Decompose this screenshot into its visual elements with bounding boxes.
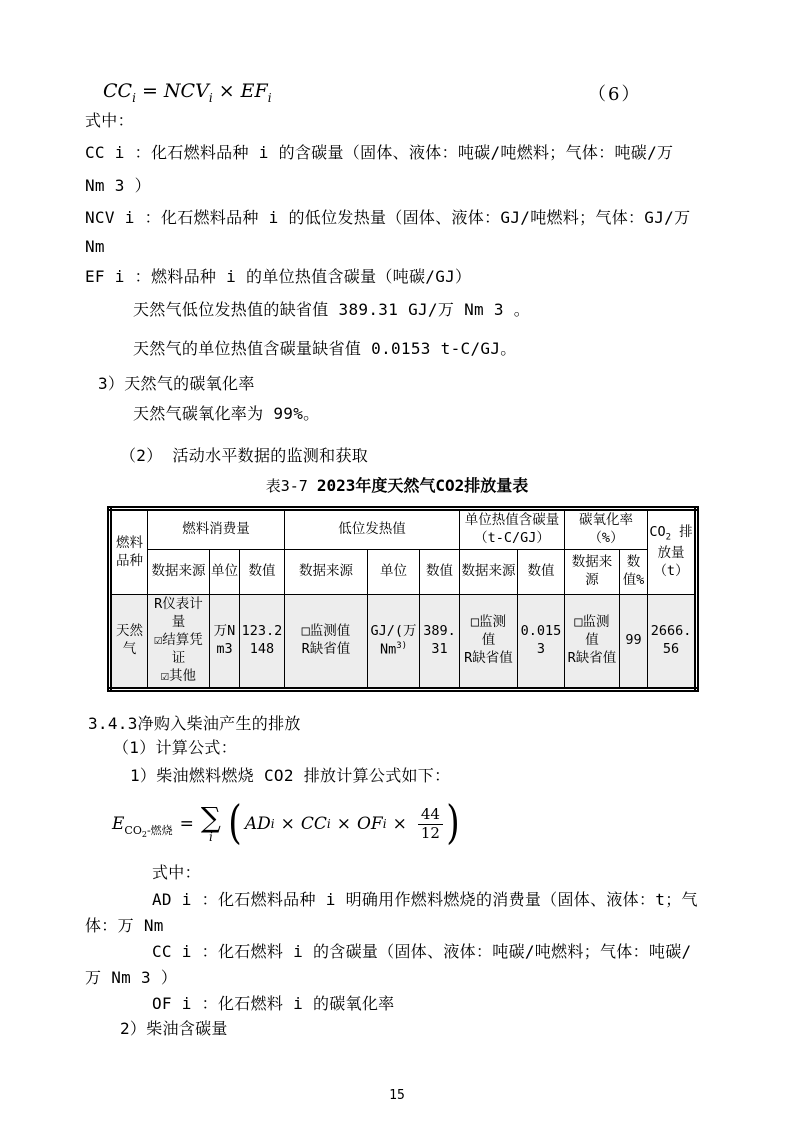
text-line: Nm <box>85 237 105 256</box>
formula-subscript: i <box>327 817 331 831</box>
text-line: EF i ：燃料品种 i 的单位热值含碳量（吨碳/GJ） <box>85 264 471 287</box>
right-paren: ) <box>446 799 459 845</box>
text-line: 天然气的单位热值含碳量缺省值 0.0153 t-C/GJ。 <box>133 336 517 359</box>
text-line: CC i ：化石燃料品种 i 的含碳量（固体、液体：吨碳/吨燃料；气体：吨碳/万 <box>85 140 673 163</box>
col-unit: 单位 <box>210 550 240 595</box>
text-line: 天然气碳氧化率为 99%。 <box>133 401 319 424</box>
caption-title: 2023年度天然气CO2排放量表 <box>317 476 528 495</box>
formula-subscript: i <box>271 817 275 831</box>
col-value: 数值 <box>420 550 460 595</box>
cell-fuel: 天然气 <box>110 595 148 690</box>
table-data-row: 天然气 R仪表计量 ☑结算凭证 ☑其他 万Nm3 123.2148 □监测值 R… <box>110 595 697 690</box>
group-fuel-consumption: 燃料消费量 <box>148 509 285 550</box>
text-line: CC i ：化石燃料 i 的含碳量（固体、液体：吨碳/吨燃料；气体：吨碳/ <box>152 939 691 962</box>
formula-operator: × <box>281 814 295 834</box>
cell-cc-value: 0.0153 <box>518 595 565 690</box>
sigma-icon: ∑ <box>201 805 221 831</box>
col-value-pct: 数值% <box>620 550 648 595</box>
text-line: （2） 活动水平数据的监测和获取 <box>120 443 368 466</box>
formula-var: AD <box>245 814 271 834</box>
cell-ncv-source: □监测值 R缺省值 <box>285 595 368 690</box>
formula-subscript: CO2-燃烧 <box>124 822 172 839</box>
formula-var: EF <box>241 80 268 102</box>
formula-operator: = <box>136 80 164 102</box>
formula-var: CC <box>301 814 327 834</box>
cell-consumption-source: R仪表计量 ☑结算凭证 ☑其他 <box>148 595 210 690</box>
col-co2-emission: CO2 排放量（t） <box>648 509 697 595</box>
left-paren: ( <box>228 799 241 845</box>
formula-operator: × <box>213 80 241 102</box>
col-unit: 单位 <box>368 550 420 595</box>
formula-e-co2-combustion: E CO2-燃烧 = ∑ i ( ADi × CCi × OFi × 44 12… <box>112 796 463 852</box>
text-line: OF i ：化石燃料 i 的碳氧化率 <box>152 991 394 1014</box>
table-header-row-groups: 燃料品种 燃料消费量 低位发热值 单位热值含碳量（t-C/GJ） 碳氧化率（%）… <box>110 509 697 550</box>
text-line: Nm 3 ） <box>85 173 151 196</box>
col-value: 数值 <box>518 550 565 595</box>
group-ncv: 低位发热值 <box>285 509 460 550</box>
sigma-index: i <box>209 831 213 843</box>
cell-oxid-source: □监测 值 R缺省值 <box>565 595 620 690</box>
formula-subscript: i <box>383 817 387 831</box>
equation-number: （6） <box>588 80 641 106</box>
text-line: 1）柴油燃料燃烧 CO2 排放计算公式如下： <box>130 763 450 786</box>
fraction-denominator: 12 <box>421 825 440 842</box>
document-page: CCi = NCVi × EFi （6） 式中： CC i ：化石燃料品种 i … <box>0 0 794 1123</box>
text-line: 天然气低位发热值的缺省值 389.31 GJ/万 Nm 3 。 <box>133 297 530 320</box>
cell-co2-value: 2666.56 <box>648 595 697 690</box>
ncv-unit-sup: 3) <box>396 641 407 651</box>
cell-cc-source: □监测 值 R缺省值 <box>460 595 518 690</box>
caption-prefix: 表3-7 <box>266 477 317 495</box>
fraction-44-12: 44 12 <box>418 806 443 842</box>
group-carbon-content: 单位热值含碳量（t-C/GJ） <box>460 509 565 550</box>
sub-co: CO <box>124 824 141 837</box>
table-header-row-sub: 数据来源 单位 数值 数据来源 单位 数值 数据来源 数值 数据来源 数值% <box>110 550 697 595</box>
formula-var: OF <box>357 814 383 834</box>
summation: ∑ i <box>201 805 221 843</box>
formula-var: CC <box>103 80 132 102</box>
text-line: NCV i ：化石燃料品种 i 的低位发热量（固体、液体：GJ/吨燃料；气体：G… <box>85 205 690 228</box>
formula-operator: × <box>337 814 351 834</box>
text-line: 万 Nm 3 ） <box>85 965 177 988</box>
section-heading: 3.4.3净购入柴油产生的排放 <box>88 711 301 734</box>
emission-table: 燃料品种 燃料消费量 低位发热值 单位热值含碳量（t-C/GJ） 碳氧化率（%）… <box>107 506 699 692</box>
col-data-source: 数据来源 <box>460 550 518 595</box>
text-line: 2）柴油含碳量 <box>120 1016 228 1039</box>
col-fuel-type: 燃料品种 <box>110 509 148 595</box>
text-line: （1）计算公式： <box>113 735 237 758</box>
formula-cc-ncv-ef: CCi = NCVi × EFi <box>103 80 272 105</box>
text-line: 体：万 Nm <box>85 913 164 936</box>
formula-operator: = <box>180 814 194 834</box>
co2-label-pre: CO <box>649 524 665 540</box>
formula-var: E <box>112 814 124 834</box>
page-number: 15 <box>0 1088 794 1103</box>
formula-operator: × <box>393 814 407 834</box>
col-data-source: 数据来源 <box>285 550 368 595</box>
cell-consumption-value: 123.2148 <box>240 595 285 690</box>
sub-ranshao: -燃烧 <box>147 824 173 837</box>
col-data-source: 数据来源 <box>148 550 210 595</box>
text-line: 式中： <box>152 860 201 883</box>
text-line: 3）天然气的碳氧化率 <box>98 371 255 394</box>
cell-ncv-value: 389.31 <box>420 595 460 690</box>
cell-ncv-unit: GJ/(万 Nm3) <box>368 595 420 690</box>
group-oxidation-rate: 碳氧化率（%） <box>565 509 648 550</box>
text-line: 式中： <box>85 108 134 131</box>
col-value: 数值 <box>240 550 285 595</box>
cell-consumption-unit: 万Nm3 <box>210 595 240 690</box>
cell-oxid-value: 99 <box>620 595 648 690</box>
ncv-unit-base: GJ/(万 Nm <box>370 623 416 657</box>
text-line: AD i ：化石燃料品种 i 明确用作燃料燃烧的消费量（固体、液体：t；气 <box>152 887 698 910</box>
formula-subscript: i <box>268 91 272 105</box>
col-data-source: 数据来源 <box>565 550 620 595</box>
table-caption: 表3-7 2023年度天然气CO2排放量表 <box>0 473 794 496</box>
fraction-numerator: 44 <box>418 806 443 824</box>
formula-var: NCV <box>164 80 209 102</box>
